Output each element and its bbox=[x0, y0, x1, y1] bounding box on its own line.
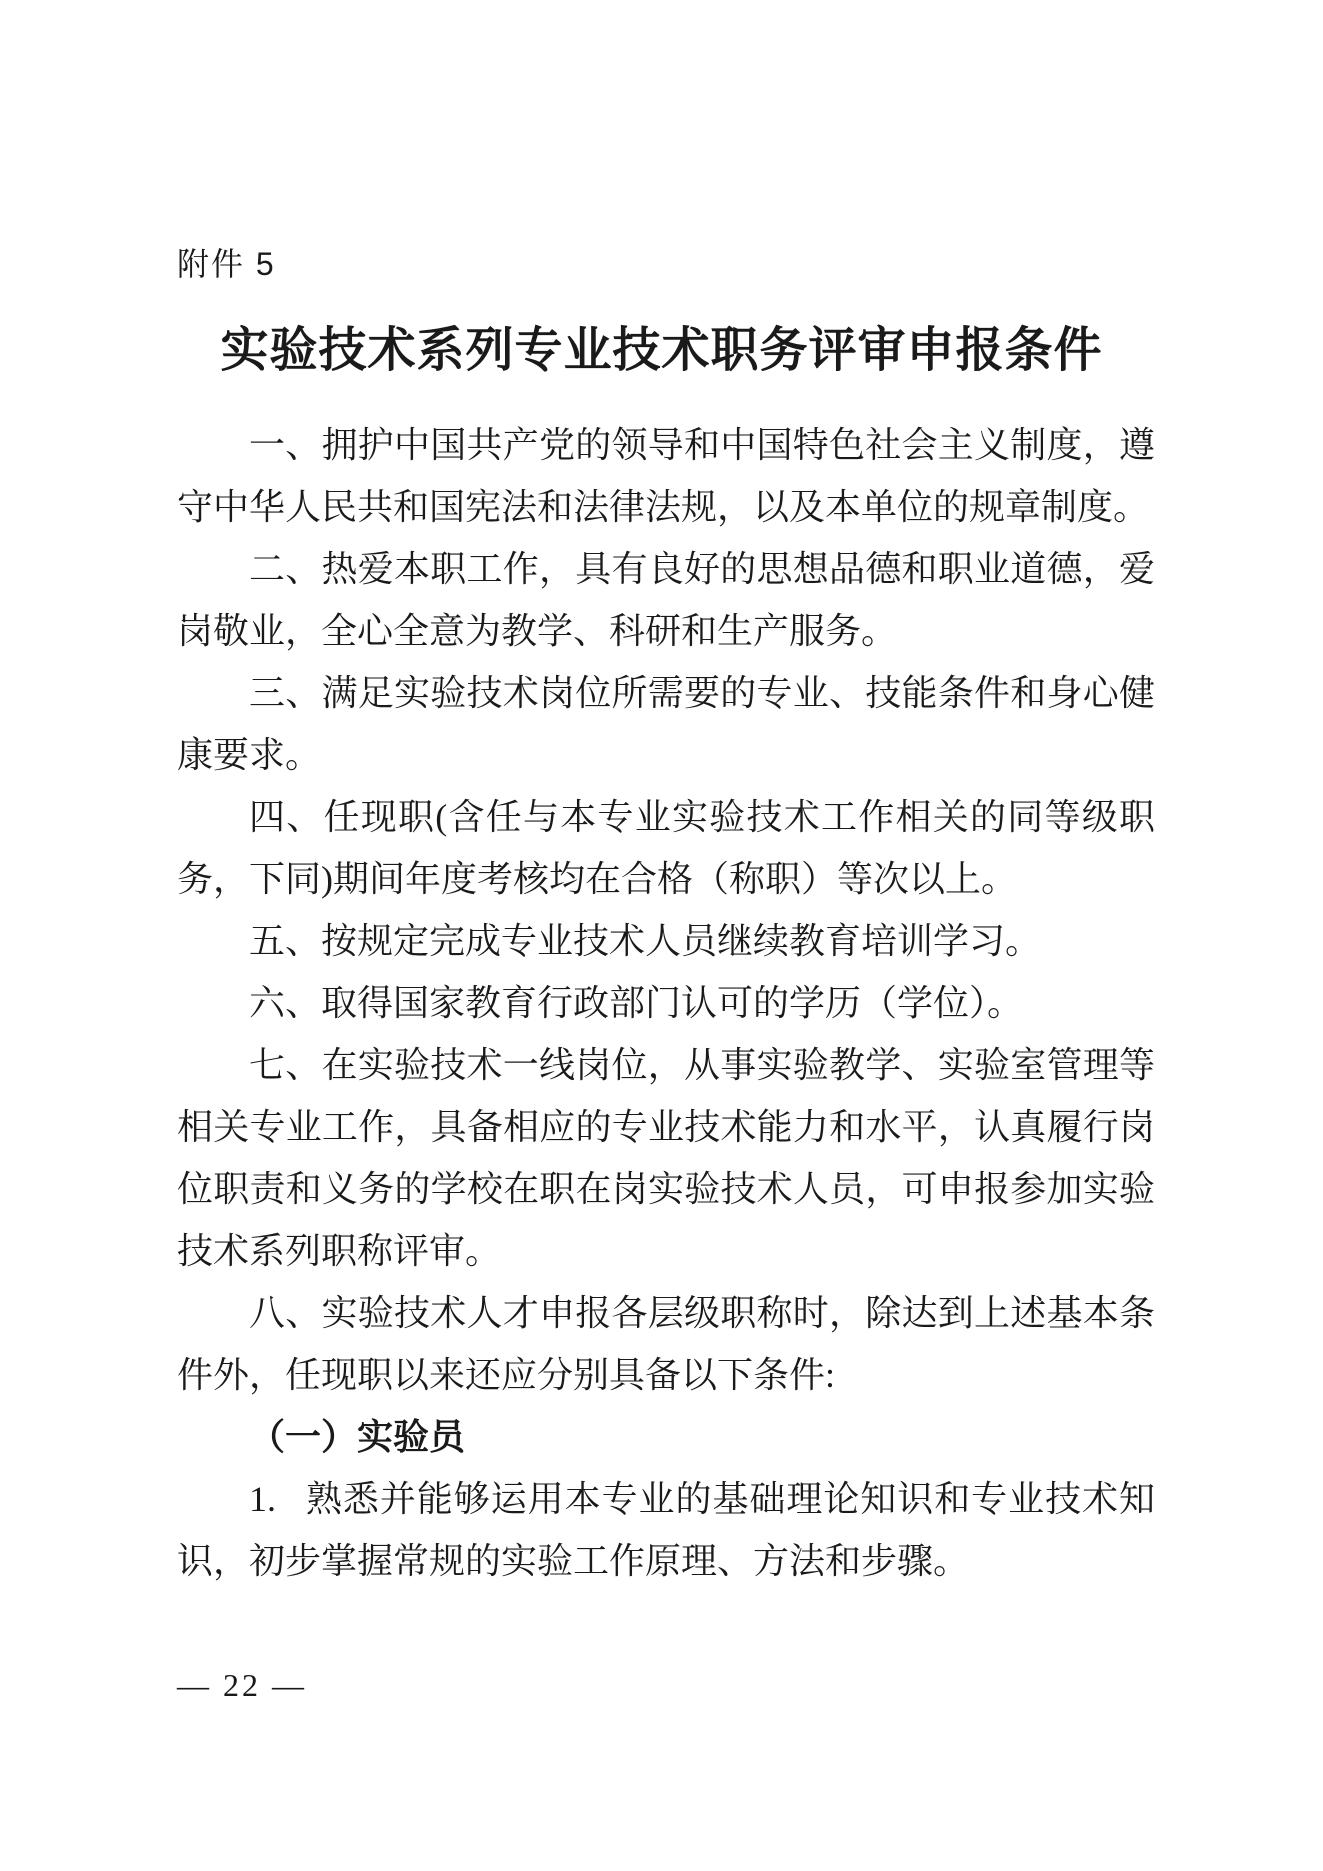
document-body: 一、拥护中国共产党的领导和中国特色社会主义制度，遵守中华人民共和国宪法和法律法规… bbox=[177, 414, 1155, 1592]
document-page: 附件 5 实验技术系列专业技术职务评审申报条件 一、拥护中国共产党的领导和中国特… bbox=[0, 0, 1323, 1871]
paragraph-5: 五、按规定完成专业技术人员继续教育培训学习。 bbox=[177, 910, 1155, 972]
paragraph-3: 三、满足实验技术岗位所需要的专业、技能条件和身心健康要求。 bbox=[177, 662, 1155, 786]
paragraph-8: 八、实验技术人才申报各层级职称时，除达到上述基本条件外，任现职以来还应分别具备以… bbox=[177, 1282, 1155, 1406]
paragraph-2: 二、热爱本职工作，具有良好的思想品德和职业道德，爱岗敬业，全心全意为教学、科研和… bbox=[177, 538, 1155, 662]
paragraph-9: 1. 熟悉并能够运用本专业的基础理论知识和专业技术知识，初步掌握常规的实验工作原… bbox=[177, 1468, 1155, 1592]
paragraph-1: 一、拥护中国共产党的领导和中国特色社会主义制度，遵守中华人民共和国宪法和法律法规… bbox=[177, 414, 1155, 538]
document-title: 实验技术系列专业技术职务评审申报条件 bbox=[0, 324, 1323, 378]
paragraph-6: 六、取得国家教育行政部门认可的学历（学位）。 bbox=[177, 972, 1155, 1034]
page-number: — 22 — bbox=[177, 1664, 307, 1706]
section-heading: （一）实验员 bbox=[177, 1406, 1155, 1468]
paragraph-7: 七、在实验技术一线岗位，从事实验教学、实验室管理等相关专业工作，具备相应的专业技… bbox=[177, 1034, 1155, 1282]
paragraph-4: 四、任现职(含任与本专业实验技术工作相关的同等级职务，下同)期间年度考核均在合格… bbox=[177, 786, 1155, 910]
attachment-label: 附件 5 bbox=[177, 245, 276, 283]
